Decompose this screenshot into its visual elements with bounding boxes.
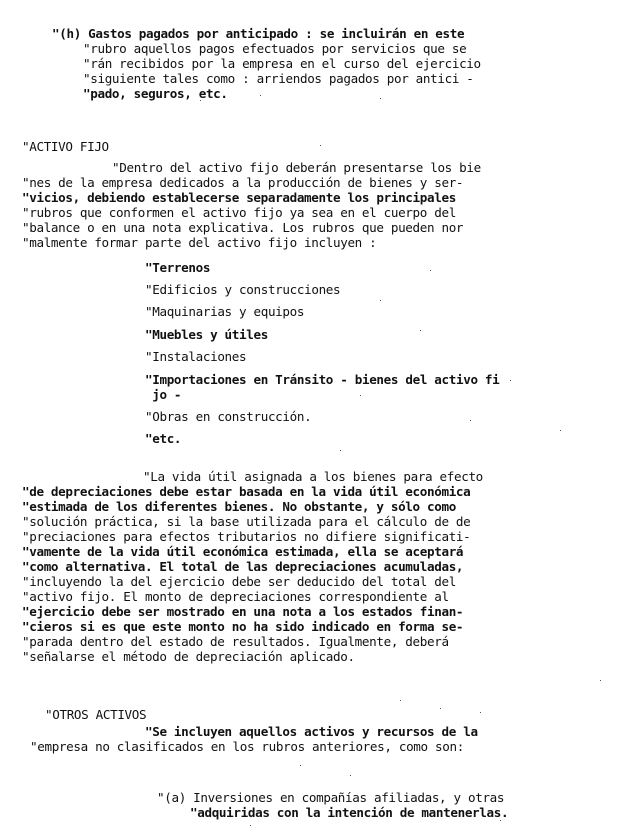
section-heading-activo-fijo: "ACTIVO FIJO — [22, 139, 109, 154]
otros-activos-para-line-2: "empresa no clasificados en los rubros a… — [30, 739, 464, 754]
list-item-continuation: jo - — [145, 387, 181, 402]
scanned-document-page: "(h) Gastos pagados por anticipado : se … — [0, 0, 630, 833]
vida-util-line-11: "cieros si es que este monto no ha sido … — [22, 619, 463, 634]
activo-fijo-para-line-3: "vicios, debiendo establecerse separadam… — [22, 190, 456, 205]
list-item: "Instalaciones — [145, 349, 246, 364]
list-item: "Edificios y construcciones — [145, 282, 340, 297]
section-heading-otros-activos: "OTROS ACTIVOS — [45, 707, 146, 722]
item-h-line-1: "(h) Gastos pagados por anticipado : se … — [52, 26, 464, 41]
vida-util-line-5: "preciaciones para efectos tributarios n… — [22, 529, 470, 544]
vida-util-line-10: "ejercicio debe ser mostrado en una nota… — [22, 604, 463, 619]
list-item: "Obras en construcción. — [145, 409, 311, 424]
vida-util-line-4: "solución práctica, si la base utilizada… — [22, 514, 470, 529]
item-a-line-1: "(a) Inversiones en compañías afiliadas,… — [157, 790, 504, 805]
vida-util-line-6: "vamente de la vida útil económica estim… — [22, 544, 463, 559]
item-h-line-3: "rán recibidos por la empresa en el curs… — [83, 56, 481, 71]
item-a-line-2: "adquiridas con la intención de mantener… — [190, 805, 508, 820]
list-item: "etc. — [145, 431, 181, 446]
activo-fijo-para-line-4: "rubros que conformen el activo fijo ya … — [22, 205, 456, 220]
item-h-line-4: "siguiente tales como : arriendos pagado… — [83, 71, 474, 86]
list-item: "Importaciones en Tránsito - bienes del … — [145, 372, 499, 387]
activo-fijo-para-line-5: "balance o en una nota explicativa. Los … — [22, 220, 463, 235]
vida-util-line-7: "como alternativa. El total de las depre… — [22, 559, 463, 574]
list-item: "Muebles y útiles — [145, 327, 268, 342]
vida-util-line-2: "de depreciaciones debe estar basada en … — [22, 484, 470, 499]
list-item: "Maquinarias y equipos — [145, 304, 304, 319]
vida-util-line-8: "incluyendo la del ejercicio debe ser de… — [22, 574, 456, 589]
vida-util-line-9: "activo fijo. El monto de depreciaciones… — [22, 589, 449, 604]
activo-fijo-para-line-1: "Dentro del activo fijo deberán presenta… — [112, 160, 481, 175]
activo-fijo-para-line-6: "malmente formar parte del activo fijo i… — [22, 235, 376, 250]
vida-util-line-3: "estimada de los diferentes bienes. No o… — [22, 499, 456, 514]
item-h-line-5: "pado, seguros, etc. — [83, 86, 228, 101]
vida-util-line-1: "La vida útil asignada a los bienes para… — [143, 469, 483, 484]
item-h-line-2: "rubro aquellos pagos efectuados por ser… — [83, 41, 466, 56]
activo-fijo-para-line-2: "nes de la empresa dedicados a la produc… — [22, 175, 463, 190]
otros-activos-para-line-1: "Se incluyen aquellos activos y recursos… — [145, 724, 478, 739]
list-item: "Terrenos — [145, 260, 210, 275]
vida-util-line-13: "señalarse el método de depreciación apl… — [22, 649, 355, 664]
vida-util-line-12: "parada dentro del estado de resultados.… — [22, 634, 449, 649]
